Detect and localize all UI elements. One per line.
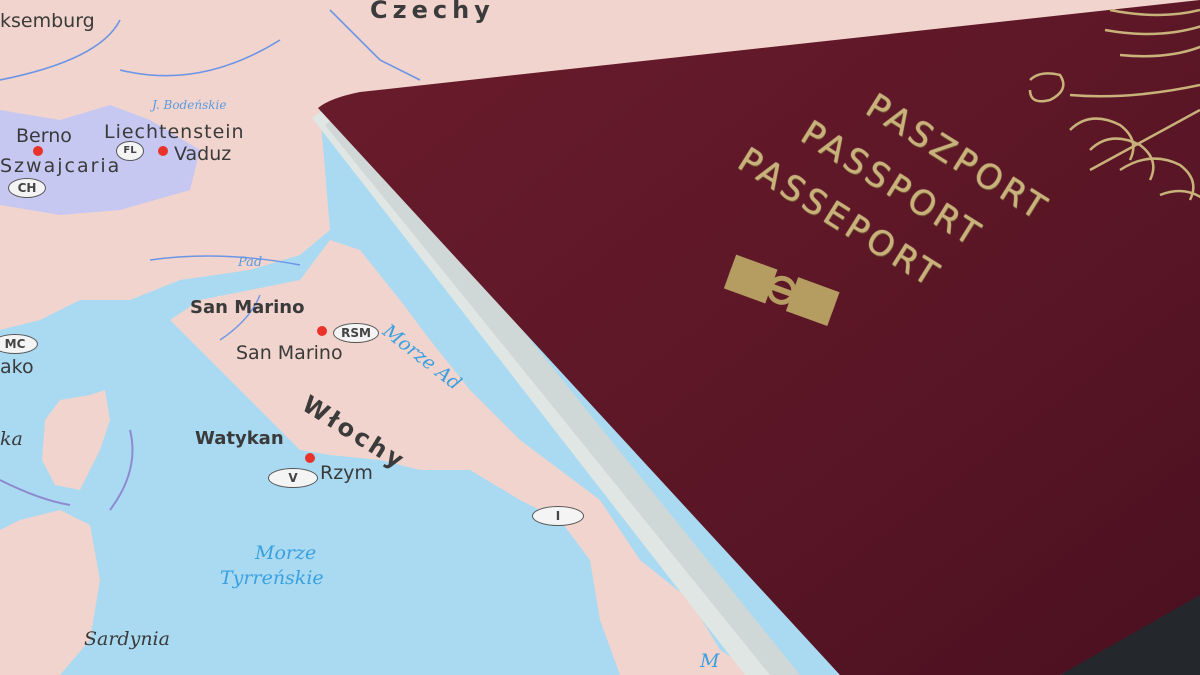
white-eagle-icon	[1010, 0, 1200, 240]
biometric-chip-icon	[715, 250, 845, 340]
photo-scene: ksemburg Czechy J. Bodeńskie Berno Liech…	[0, 0, 1200, 675]
